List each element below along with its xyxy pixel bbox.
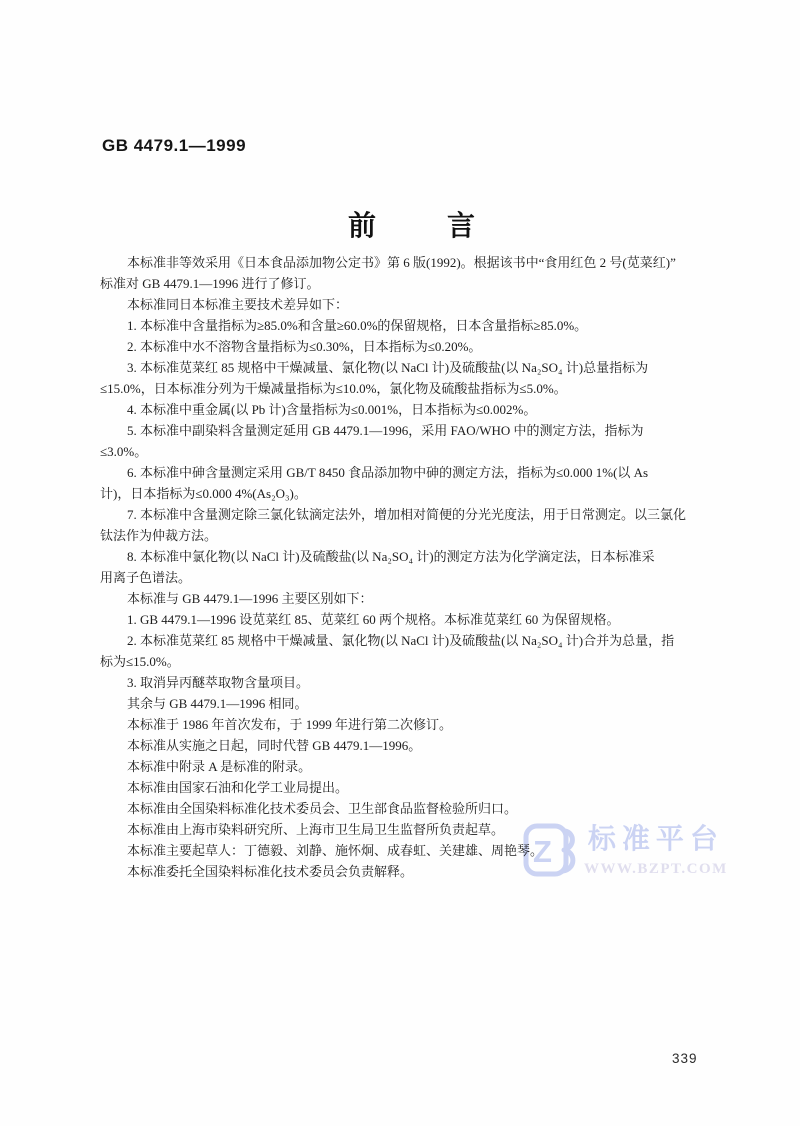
page-number: 339	[672, 1051, 698, 1066]
text-line: 本标准从实施之日起，同时代替 GB 4479.1—1996。	[100, 735, 728, 756]
text-line: 计)，日本指标为≤0.000 4%(As₂O₃)。	[100, 483, 728, 504]
text-line: ≤3.0%。	[100, 441, 728, 462]
text-line: 标准对 GB 4479.1—1996 进行了修订。	[100, 273, 728, 294]
text-line: 本标准由上海市染料研究所、上海市卫生局卫生监督所负责起草。	[100, 819, 728, 840]
standard-code: GB 4479.1—1999	[102, 136, 246, 156]
text-line: 本标准同日本标准主要技术差异如下：	[100, 294, 728, 315]
text-line: 本标准主要起草人：丁德毅、刘静、施怀炯、成春虹、关建雄、周艳琴。	[100, 840, 728, 861]
text-line: 2. 本标准中水不溶物含量指标为≤0.30%，日本指标为≤0.20%。	[100, 336, 728, 357]
text-line: 本标准与 GB 4479.1—1996 主要区别如下：	[100, 588, 728, 609]
body-text: 本标准非等效采用《日本食品添加物公定书》第 6 版(1992)。根据该书中“食用…	[100, 252, 728, 882]
text-line: 本标准非等效采用《日本食品添加物公定书》第 6 版(1992)。根据该书中“食用…	[100, 252, 728, 273]
text-line: 5. 本标准中副染料含量测定延用 GB 4479.1—1996，采用 FAO/W…	[100, 420, 728, 441]
text-line: 本标准于 1986 年首次发布，于 1999 年进行第二次修订。	[100, 714, 728, 735]
text-line: 3. 本标准苋菜红 85 规格中干燥减量、氯化物(以 NaCl 计)及硫酸盐(以…	[100, 357, 728, 378]
text-line: 用离子色谱法。	[100, 567, 728, 588]
text-line: 本标准委托全国染料标准化技术委员会负责解释。	[100, 861, 728, 882]
text-line: 1. GB 4479.1—1996 设苋菜红 85、苋菜红 60 两个规格。本标…	[100, 609, 728, 630]
page-title: 前 言	[104, 204, 724, 244]
text-line: 其余与 GB 4479.1—1996 相同。	[100, 693, 728, 714]
text-line: 本标准中附录 A 是标准的附录。	[100, 756, 728, 777]
text-line: ≤15.0%，日本标准分列为干燥减量指标为≤10.0%，氯化物及硫酸盐指标为≤5…	[100, 378, 728, 399]
text-line: 1. 本标准中含量指标为≥85.0%和含量≥60.0%的保留规格，日本含量指标≥…	[100, 315, 728, 336]
text-line: 8. 本标准中氯化物(以 NaCl 计)及硫酸盐(以 Na₂SO₄ 计)的测定方…	[100, 546, 728, 567]
text-line: 3. 取消异丙醚萃取物含量项目。	[100, 672, 728, 693]
text-line: 2. 本标准苋菜红 85 规格中干燥减量、氯化物(以 NaCl 计)及硫酸盐(以…	[100, 630, 728, 651]
document-page: GB 4479.1—1999 前 言 本标准非等效采用《日本食品添加物公定书》第…	[0, 0, 800, 1126]
text-line: 本标准由国家石油和化学工业局提出。	[100, 777, 728, 798]
text-line: 6. 本标准中砷含量测定采用 GB/T 8450 食品添加物中砷的测定方法，指标…	[100, 462, 728, 483]
text-line: 钛法作为仲裁方法。	[100, 525, 728, 546]
text-line: 4. 本标准中重金属(以 Pb 计)含量指标为≤0.001%，日本指标为≤0.0…	[100, 399, 728, 420]
text-line: 本标准由全国染料标准化技术委员会、卫生部食品监督检验所归口。	[100, 798, 728, 819]
text-line: 标为≤15.0%。	[100, 651, 728, 672]
text-line: 7. 本标准中含量测定除三氯化钛滴定法外，增加相对简便的分光光度法，用于日常测定…	[100, 504, 728, 525]
